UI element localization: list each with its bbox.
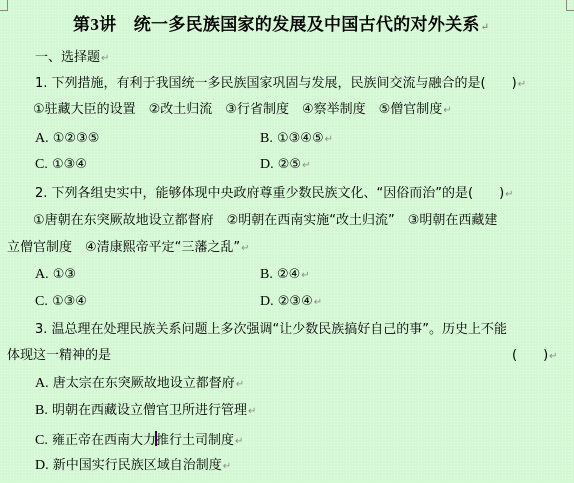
question-3-stem-line-1: 3. 温总理在处理民族关系问题上多次强调“让少数民族搞好自己的事”。历史上不能 bbox=[35, 322, 507, 338]
option-letter: D. bbox=[35, 458, 49, 473]
option-letter: B. bbox=[35, 403, 48, 418]
page-corner-mark-top-right bbox=[566, 0, 574, 11]
option-text: ①③ bbox=[53, 267, 76, 282]
option-b: B. ①③④⑤↵ bbox=[260, 131, 333, 148]
paragraph-mark-icon: ↵ bbox=[325, 134, 333, 145]
section-heading-text: 一、选择题 bbox=[35, 50, 100, 65]
answer-paren-close: ) bbox=[512, 76, 517, 91]
option-text: 明朝在西藏设立僧官卫所进行管理 bbox=[52, 403, 247, 418]
paragraph-mark-icon: ↵ bbox=[241, 243, 249, 254]
paragraph-mark-icon: ↵ bbox=[223, 461, 231, 472]
question-2-options-row-1: A. ①③ B. ②④↵ bbox=[35, 267, 574, 283]
question-1-stem-text: 1. 下列措施，有利于我国统一多民族国家巩固与发展，民族间交流与融合的是( bbox=[35, 76, 486, 91]
paragraph-mark-icon: ↵ bbox=[235, 436, 243, 447]
question-1-items-text: ①驻藏大臣的设置 ②改土归流 ③行省制度 ④察举制度 ⑤僧官制度 bbox=[33, 102, 442, 117]
question-2-stem: 2. 下列各组史实中，能够体现中央政府尊重少数民族文化、“因俗而治”的是()↵ bbox=[35, 186, 514, 203]
paragraph-mark-icon: ↵ bbox=[505, 189, 513, 200]
question-3-option-b: B. 明朝在西藏设立僧官卫所进行管理↵ bbox=[35, 403, 256, 420]
option-letter: C. bbox=[35, 157, 48, 172]
paragraph-mark-icon: ↵ bbox=[101, 53, 109, 64]
answer-paren: ( ) bbox=[512, 348, 548, 363]
question-2-items-line-1: ①唐朝在东突厥故地设立都督府 ②明朝在西南实施“改土归流” ③明朝在西藏建 bbox=[33, 213, 497, 229]
option-text: ②⑤ bbox=[278, 157, 301, 172]
title-prefix: 第 bbox=[73, 15, 90, 35]
option-letter: C. bbox=[35, 294, 48, 309]
section-heading: 一、选择题↵ bbox=[35, 50, 109, 67]
paragraph-mark-icon: ↵ bbox=[549, 351, 557, 362]
option-letter: A. bbox=[35, 267, 49, 282]
option-text: ①③④ bbox=[52, 157, 87, 172]
page-corner-mark-top-left bbox=[0, 0, 8, 11]
question-1-options-row-1: A. ①②③⑤ B. ①③④⑤↵ bbox=[35, 131, 574, 147]
paragraph-mark-icon: ↵ bbox=[443, 105, 451, 116]
question-3-stem-text: 体现这一精神的是 bbox=[7, 348, 111, 363]
option-letter: B. bbox=[260, 131, 273, 146]
question-1-items: ①驻藏大臣的设置 ②改土归流 ③行省制度 ④察举制度 ⑤僧官制度↵ bbox=[33, 102, 452, 119]
paragraph-mark-icon: ↵ bbox=[481, 22, 490, 33]
answer-blank[interactable]: ( )↵ bbox=[512, 348, 558, 365]
answer-paren-close: ) bbox=[499, 186, 504, 201]
paragraph-mark-icon: ↵ bbox=[302, 160, 310, 171]
question-2-items-line-2: 立僧官制度 ④清康熙帝平定“三藩之乱”↵ bbox=[7, 240, 250, 257]
question-3-stem-text: 3. 温总理在处理民族关系问题上多次强调“让少数民族搞好自己的事”。历史上不能 bbox=[35, 322, 507, 337]
question-3-option-c: C. 雍正帝在西南大力推行土司制度↵ bbox=[35, 431, 243, 450]
option-text: ①②③⑤ bbox=[53, 131, 100, 146]
option-b: B. ②④↵ bbox=[260, 267, 310, 284]
paragraph-mark-icon: ↵ bbox=[236, 379, 244, 390]
option-text: ②③④ bbox=[278, 294, 313, 309]
option-text: ②④ bbox=[277, 267, 300, 282]
title-number: 3 bbox=[90, 15, 99, 34]
question-2-items-text: ①唐朝在东突厥故地设立都督府 ②明朝在西南实施“改土归流” ③明朝在西藏建 bbox=[33, 213, 497, 228]
option-d: D. ②⑤↵ bbox=[260, 157, 310, 174]
paragraph-mark-icon: ↵ bbox=[314, 297, 322, 308]
option-letter: C. bbox=[35, 433, 48, 448]
paragraph-mark-icon: ↵ bbox=[301, 270, 309, 281]
question-3-stem-line-2: 体现这一精神的是 ( )↵ bbox=[7, 348, 567, 364]
question-3-option-a: A. 唐太宗在东突厥故地设立都督府↵ bbox=[35, 376, 244, 393]
question-2-items-text: 立僧官制度 ④清康熙帝平定“三藩之乱” bbox=[7, 240, 240, 255]
option-text-before-cursor: 雍正帝在西南大力 bbox=[52, 433, 156, 448]
option-letter: A. bbox=[35, 376, 49, 391]
option-d: D. ②③④↵ bbox=[260, 294, 322, 311]
question-1-options-row-2: C. ①③④ D. ②⑤↵ bbox=[35, 157, 574, 173]
option-text: ①③④ bbox=[52, 294, 87, 309]
option-letter: A. bbox=[35, 131, 49, 146]
option-letter: D. bbox=[260, 157, 274, 172]
paragraph-mark-icon: ↵ bbox=[248, 406, 256, 417]
option-text: ①③④⑤ bbox=[277, 131, 324, 146]
lesson-title: 第3讲 统一多民族国家的发展及中国古代的对外关系↵ bbox=[73, 10, 489, 35]
question-2-options-row-2: C. ①③④ D. ②③④↵ bbox=[35, 294, 574, 310]
paragraph-mark-icon: ↵ bbox=[518, 79, 526, 90]
option-text-after-cursor: 推行土司制度 bbox=[156, 433, 234, 448]
question-3-option-d: D. 新中国实行民族区域自治制度↵ bbox=[35, 458, 231, 475]
option-letter: D. bbox=[260, 294, 274, 309]
option-letter: B. bbox=[260, 267, 273, 282]
option-text: 新中国实行民族区域自治制度 bbox=[53, 458, 222, 473]
title-text: 讲 统一多民族国家的发展及中国古代的对外关系 bbox=[99, 15, 480, 35]
question-1-stem: 1. 下列措施，有利于我国统一多民族国家巩固与发展，民族间交流与融合的是()↵ bbox=[35, 76, 526, 93]
option-text: 唐太宗在东突厥故地设立都督府 bbox=[53, 376, 235, 391]
question-2-stem-text: 2. 下列各组史实中，能够体现中央政府尊重少数民族文化、“因俗而治”的是( bbox=[35, 186, 473, 201]
